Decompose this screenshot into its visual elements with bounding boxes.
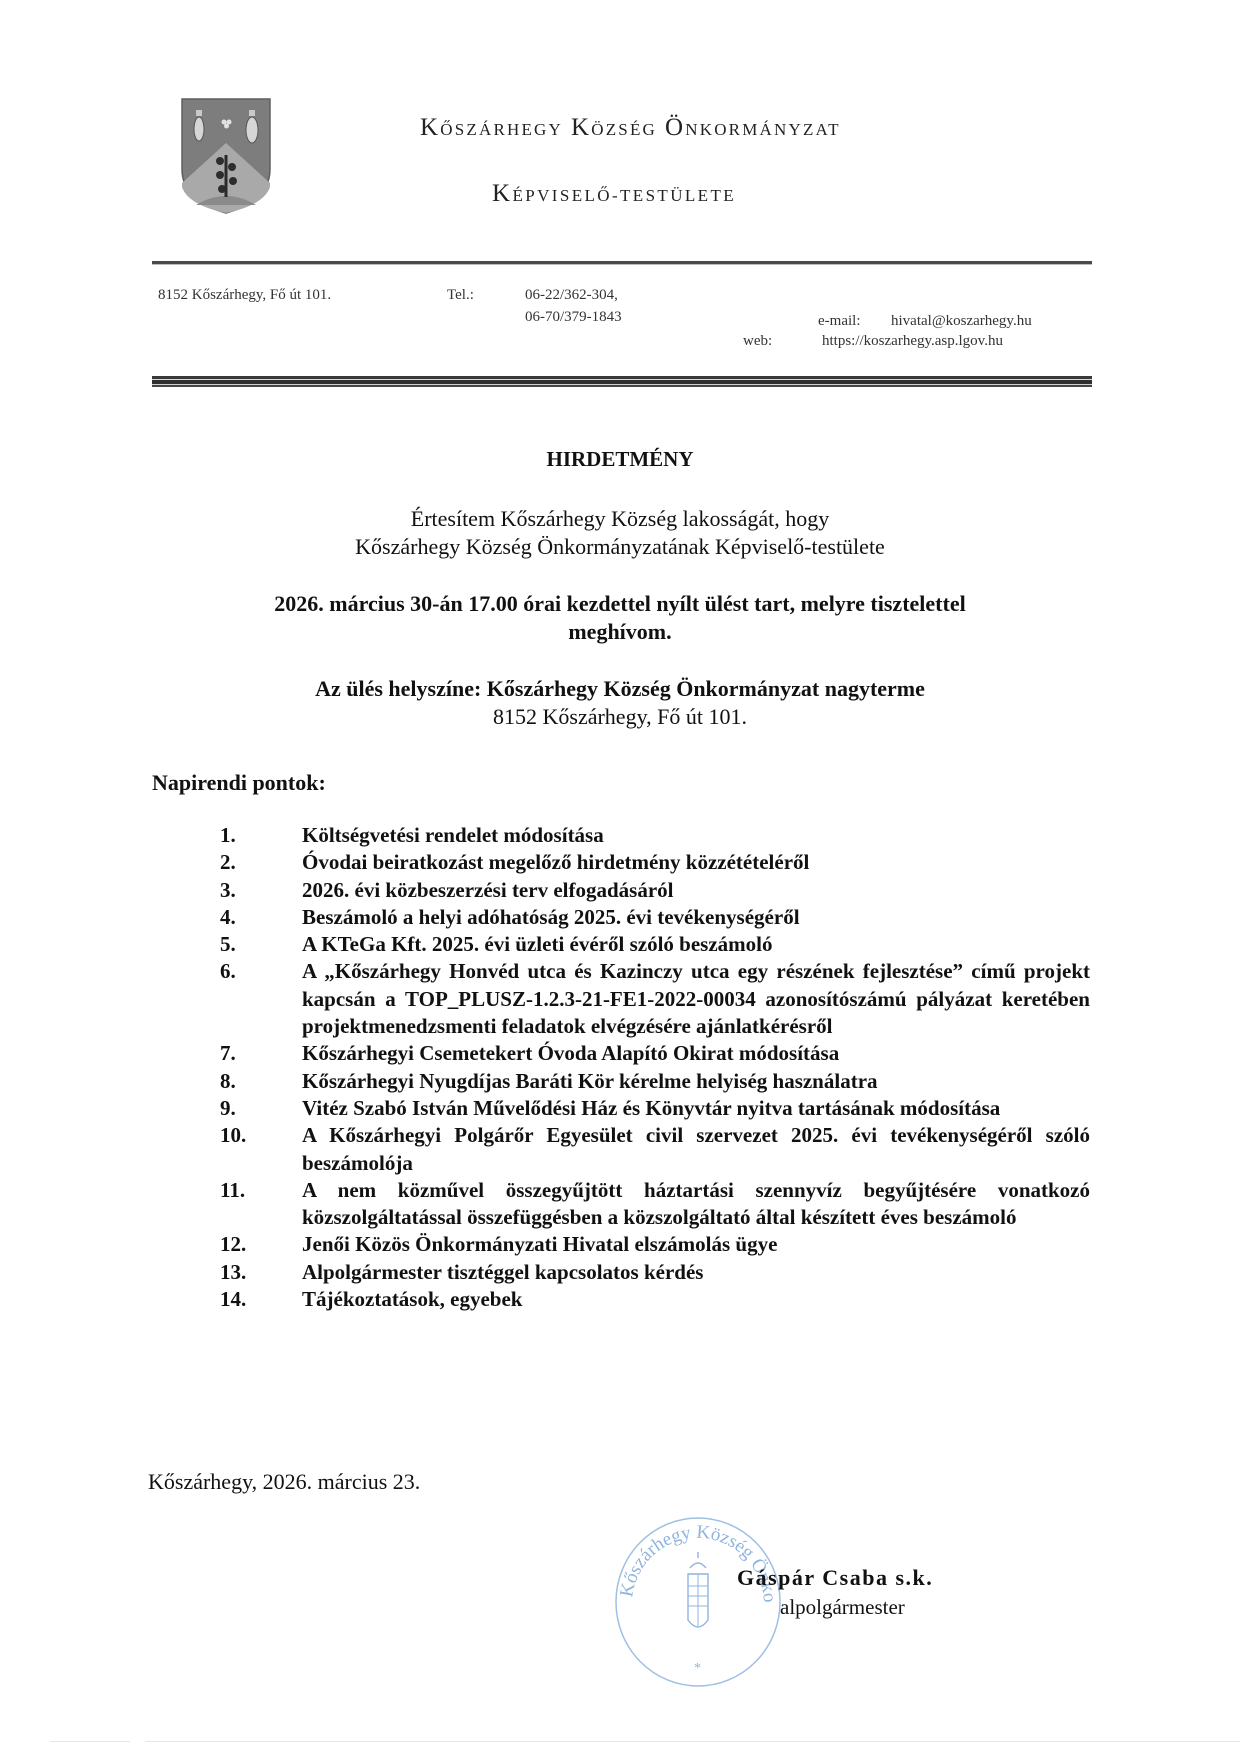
- agenda-item-number: 6.: [220, 958, 302, 1040]
- coat-of-arms-icon: [178, 97, 274, 215]
- web-label: web:: [743, 333, 772, 350]
- intro-line-1: Értesítem Kőszárhegy Község lakosságát, …: [0, 506, 1240, 532]
- agenda-item-text: Alpolgármester tisztéggel kapcsolatos ké…: [302, 1259, 1090, 1286]
- agenda-item-text: Vitéz Szabó István Művelődési Ház és Kön…: [302, 1095, 1090, 1122]
- agenda-label: Napirendi pontok:: [152, 770, 326, 796]
- agenda-item-text: Beszámoló a helyi adóhatóság 2025. évi t…: [302, 904, 1090, 931]
- meeting-line-1: 2026. március 30-án 17.00 órai kezdettel…: [0, 591, 1240, 617]
- agenda-item: 6.A „Kőszárhegy Honvéd utca és Kazinczy …: [220, 958, 1090, 1040]
- agenda-item-number: 3.: [220, 877, 302, 904]
- header-divider-thin: [152, 261, 1092, 265]
- org-word-rest: ÖZSÉG: [591, 120, 657, 139]
- agenda-item: 12.Jenői Közös Önkormányzati Hivatal els…: [220, 1231, 1090, 1258]
- agenda-item-text: Kőszárhegyi Csemetekert Óvoda Alapító Ok…: [302, 1040, 1090, 1067]
- agenda-item-number: 11.: [220, 1177, 302, 1232]
- agenda-item-text: Óvodai beiratkozást megelőző hirdetmény …: [302, 849, 1090, 876]
- official-stamp-icon: Kőszárhegy Község Önkormányzat *: [610, 1512, 785, 1690]
- tel-number-1: 06-22/362-304,: [525, 287, 618, 304]
- agenda-item: 7.Kőszárhegyi Csemetekert Óvoda Alapító …: [220, 1040, 1090, 1067]
- web-link[interactable]: https://koszarhegy.asp.lgov.hu: [822, 333, 1003, 350]
- place-date: Kőszárhegy, 2026. március 23.: [148, 1469, 420, 1495]
- body-name-initial: K: [492, 180, 512, 207]
- agenda-item-text: A Kőszárhegyi Polgárőr Egyesület civil s…: [302, 1122, 1090, 1177]
- agenda-item-number: 12.: [220, 1231, 302, 1258]
- agenda-item-number: 8.: [220, 1068, 302, 1095]
- org-word-rest: ŐSZÁRHEGY: [440, 120, 563, 139]
- agenda-item-text: Költségvetési rendelet módosítása: [302, 822, 1090, 849]
- agenda-item-text: A KTeGa Kft. 2025. évi üzleti évéről szó…: [302, 931, 1090, 958]
- signer-role: alpolgármester: [780, 1595, 905, 1620]
- email-label: e-mail:: [818, 313, 860, 330]
- body-name-rest: ÉPVISELŐ-TESTÜLETE: [512, 186, 736, 205]
- agenda-item-number: 2.: [220, 849, 302, 876]
- agenda-item: 11.A nem közművel összegyűjtött háztartá…: [220, 1177, 1090, 1232]
- agenda-item-number: 9.: [220, 1095, 302, 1122]
- agenda-item-text: Kőszárhegyi Nyugdíjas Baráti Kör kérelme…: [302, 1068, 1090, 1095]
- agenda-item-number: 5.: [220, 931, 302, 958]
- signer-name: Gáspár Csaba s.k.: [737, 1565, 933, 1591]
- agenda-item: 5.A KTeGa Kft. 2025. évi üzleti évéről s…: [220, 931, 1090, 958]
- agenda-item-number: 10.: [220, 1122, 302, 1177]
- agenda-item-text: A nem közművel összegyűjtött háztartási …: [302, 1177, 1090, 1232]
- email-link[interactable]: hivatal@koszarhegy.hu: [891, 313, 1032, 330]
- agenda-item-number: 1.: [220, 822, 302, 849]
- agenda-item: 9.Vitéz Szabó István Művelődési Ház és K…: [220, 1095, 1090, 1122]
- agenda-item-text: Tájékoztatások, egyebek: [302, 1286, 1090, 1313]
- agenda-item: 8.Kőszárhegyi Nyugdíjas Baráti Kör kérel…: [220, 1068, 1090, 1095]
- scan-edge-line: [50, 1741, 130, 1742]
- agenda-item-text: A „Kőszárhegy Honvéd utca és Kazinczy ut…: [302, 958, 1090, 1040]
- agenda-item: 1.Költségvetési rendelet módosítása: [220, 822, 1090, 849]
- body-name: KÉPVISELŐ-TESTÜLETE: [492, 180, 736, 208]
- agenda-item-number: 4.: [220, 904, 302, 931]
- agenda-item: 2.Óvodai beiratkozást megelőző hirdetmén…: [220, 849, 1090, 876]
- org-word-initial: Ö: [665, 114, 685, 141]
- tel-number-2: 06-70/379-1843: [525, 309, 622, 326]
- intro-line-2: Kőszárhegy Község Önkormányzatának Képvi…: [0, 534, 1240, 560]
- agenda-item: 13.Alpolgármester tisztéggel kapcsolatos…: [220, 1259, 1090, 1286]
- org-word-rest: NKORMÁNYZAT: [685, 120, 840, 139]
- venue-address: 8152 Kőszárhegy, Fő út 101.: [0, 704, 1240, 730]
- address: 8152 Kőszárhegy, Fő út 101.: [158, 287, 331, 304]
- meeting-line-2: meghívom.: [0, 619, 1240, 645]
- agenda-item-number: 14.: [220, 1286, 302, 1313]
- agenda-item: 3.2026. évi közbeszerzési terv elfogadás…: [220, 877, 1090, 904]
- svg-text:*: *: [694, 1661, 701, 1676]
- agenda-item-text: 2026. évi közbeszerzési terv elfogadásár…: [302, 877, 1090, 904]
- agenda-item: 4.Beszámoló a helyi adóhatóság 2025. évi…: [220, 904, 1090, 931]
- org-word-initial: K: [571, 114, 591, 141]
- agenda-item-number: 7.: [220, 1040, 302, 1067]
- agenda-item-text: Jenői Közös Önkormányzati Hivatal elszám…: [302, 1231, 1090, 1258]
- agenda-item: 14.Tájékoztatások, egyebek: [220, 1286, 1090, 1313]
- notice-title: HIRDETMÉNY: [0, 447, 1240, 472]
- header-divider-thick: [152, 376, 1092, 387]
- organization-name: KŐSZÁRHEGY KÖZSÉG ÖNKORMÁNYZAT: [420, 114, 841, 142]
- scan-edge-line: [145, 1741, 1240, 1742]
- agenda-item-number: 13.: [220, 1259, 302, 1286]
- agenda-item: 10.A Kőszárhegyi Polgárőr Egyesület civi…: [220, 1122, 1090, 1177]
- tel-label: Tel.:: [447, 287, 474, 304]
- org-word-initial: K: [420, 114, 440, 141]
- agenda-list: 1.Költségvetési rendelet módosítása2.Óvo…: [220, 822, 1090, 1313]
- venue-label: Az ülés helyszíne: Kőszárhegy Község Önk…: [0, 676, 1240, 702]
